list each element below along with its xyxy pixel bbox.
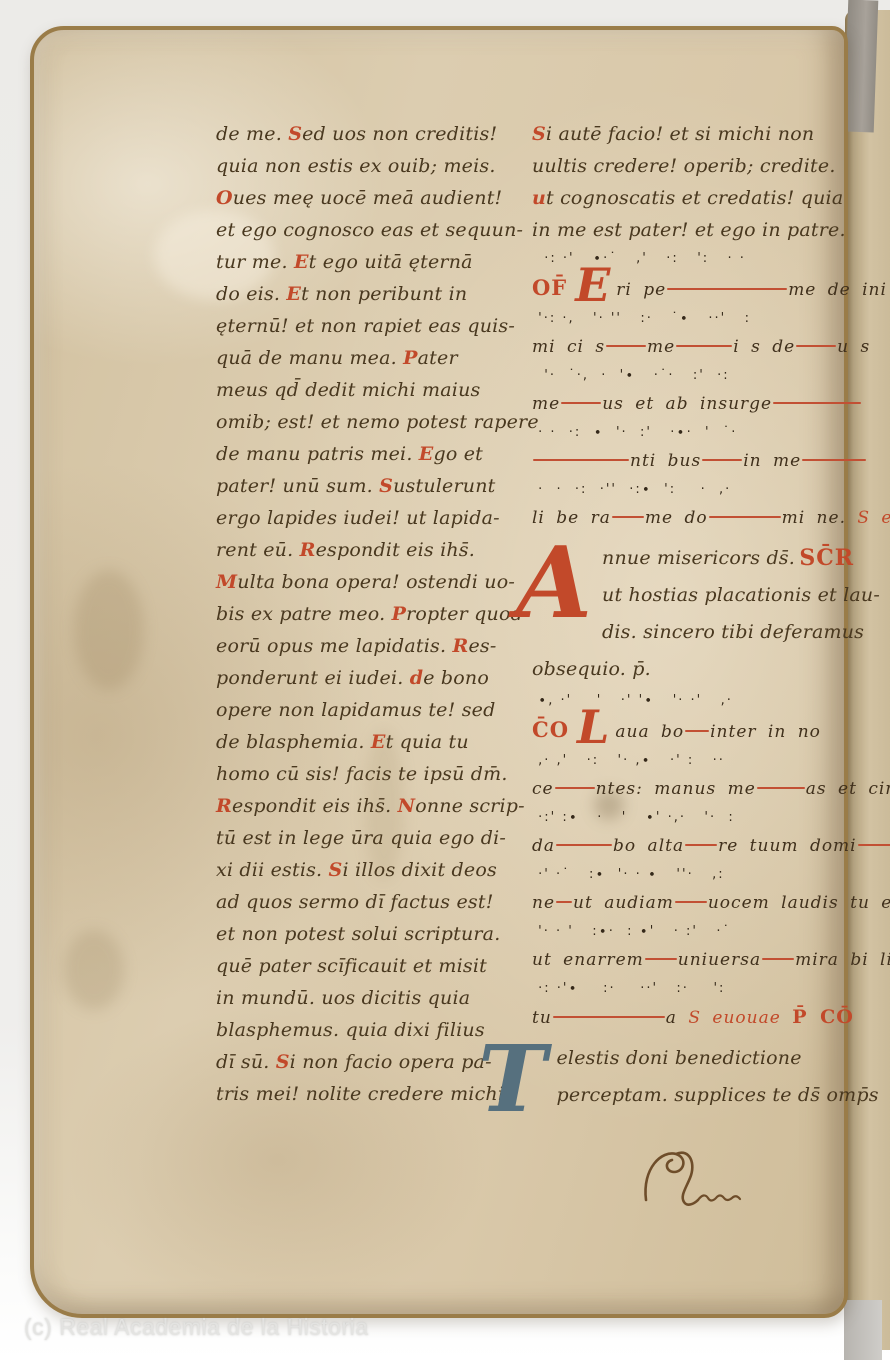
rubric-inline: P̄ CŌ <box>792 1006 854 1028</box>
neume-row: ·: ·'∙ :· ··' :· ': <box>532 976 854 1002</box>
chant-text-line: dabo altare tuum domi <box>532 831 854 862</box>
red-extender-line <box>606 345 646 347</box>
manuscript-page: de me. Sed uos non creditis!quia non est… <box>30 26 848 1318</box>
chant-text-line: C̄OLaua bointer in no <box>532 714 854 748</box>
red-extender-line <box>556 901 572 903</box>
red-extender-line <box>533 459 629 461</box>
prayer-block: Telestis doni benedictioneperceptam. sup… <box>532 1040 854 1114</box>
red-initial: R <box>216 795 232 817</box>
text-line: bis ex patre meo. Propter quod <box>216 598 531 630</box>
red-text: S euouae <box>688 1008 780 1028</box>
text-line: meus qd̄ dedit michi maius <box>216 374 531 406</box>
red-text: S euouae <box>857 508 890 528</box>
red-initial: P <box>403 347 418 369</box>
text-line: quia non estis ex ouib; meis. <box>216 150 531 182</box>
red-extender-line <box>612 516 644 518</box>
red-extender-line <box>709 516 781 518</box>
text-line: tur me. Et ego uitā ęternā <box>216 246 531 278</box>
red-extender-line <box>561 402 601 404</box>
neume-row: '·: ·, '· '' :· ˙∙ ··' : <box>532 306 854 332</box>
text-line: ponderunt ei iudei. de bono <box>216 662 531 694</box>
text-line: homo cū sis! facis te ipsū dm̄. <box>216 758 531 790</box>
text-line: Respondit eis ihs̄. Nonne scrip- <box>216 790 531 822</box>
red-extender-line <box>796 345 836 347</box>
text-line: de blasphemia. Et quia tu <box>216 726 531 758</box>
book-strap-bottom <box>844 1300 882 1360</box>
text-line: quā de manu mea. Pater <box>216 342 531 374</box>
text-line: de manu patris mei. Ego et <box>216 438 531 470</box>
red-initial: M <box>216 571 237 593</box>
text-line: de me. Sed uos non creditis! <box>216 118 531 150</box>
text-line: Oues meę uocē meā audient! <box>216 182 531 214</box>
red-extender-line <box>645 958 677 960</box>
chant-text-line: ut enarremuniuersamira bi lia <box>532 945 854 976</box>
neume-row: ·' ·˙ :∙ '· · ∙ ''· ,: <box>532 862 854 888</box>
parchment-stain <box>74 570 144 690</box>
red-initial: P <box>392 603 407 625</box>
chant-text-line: mi ci smei s deu s <box>532 332 854 363</box>
red-extender-line <box>685 730 709 732</box>
chant-rubric: OF̄ <box>532 275 567 300</box>
pen-flourish-mark <box>632 1138 752 1224</box>
chant-text-line: OF̄Eri peme de ini <box>532 272 854 306</box>
text-line: ergo lapides iudei! ut lapida- <box>216 502 531 534</box>
chant-text-line: nti busin me <box>532 446 854 477</box>
text-line: ut cognoscatis et credatis! quia <box>532 182 854 214</box>
red-initial: S <box>329 859 343 881</box>
text-line: rent eū. Respondit eis ihs̄. <box>216 534 531 566</box>
text-line: et ego cognosco eas et sequun- <box>216 214 531 246</box>
chant-text-line: li be rame domi ne. S euouae <box>532 503 854 534</box>
text-line: uultis credere! operib; credite. <box>532 150 854 182</box>
text-line: perceptam. supplices te ds̄ omp̄s <box>532 1077 854 1114</box>
red-extender-line <box>555 787 595 789</box>
parchment-stain <box>64 930 124 1010</box>
red-extender-line <box>702 459 742 461</box>
text-line: xi dii estis. Si illos dixit deos <box>216 854 531 886</box>
red-extender-line <box>762 958 794 960</box>
text-line: in me est pater! et ego in patre. <box>532 214 854 246</box>
text-line: ad quos sermo dı̄ factus est! <box>216 886 531 918</box>
book-strap-top <box>844 0 879 132</box>
red-initial: S <box>379 475 393 497</box>
photo-backdrop: de me. Sed uos non creditis!quia non est… <box>0 0 890 1360</box>
text-line: Si autē facio! et si michi non <box>532 118 854 150</box>
text-line: Multa bona opera! ostendi uo- <box>216 566 531 598</box>
neume-row: '· · ' :∙· : ∙' · :' ·˙ <box>532 919 854 945</box>
neume-row: ·:' :∙ · ' ∙' ·,· '· : <box>532 805 854 831</box>
red-extender-line <box>858 844 890 846</box>
red-initial: E <box>294 251 309 273</box>
prayer-block: ASC̄Rnnue misericors ds̄.ut hostias plac… <box>532 540 854 688</box>
text-line: obsequio. p̄. <box>532 651 854 688</box>
text-line: elestis doni benedictione <box>532 1040 854 1077</box>
copyright-watermark: (c) Real Academia de la Historia <box>24 1314 369 1341</box>
text-line: tū est in lege ūra quia ego di- <box>216 822 531 854</box>
red-extender-line <box>802 459 866 461</box>
text-line: pater! unū sum. Sustulerunt <box>216 470 531 502</box>
red-initial: S <box>276 1051 290 1073</box>
section-rubric: SC̄R <box>799 540 854 577</box>
drop-initial: A <box>516 546 592 622</box>
text-line: omib; est! et nemo potest rapere <box>216 406 531 438</box>
chant-text-line: centes: manus meas et circum <box>532 774 854 805</box>
red-initial: d <box>410 667 424 689</box>
neume-row: '· ˙·, · '∙ ·˙· :' ·: <box>532 363 854 389</box>
chant-text-line: tua S euouae P̄ CŌ <box>532 1002 854 1034</box>
red-initial: E <box>371 731 386 753</box>
text-line: do eis. Et non peribunt in <box>216 278 531 310</box>
red-initial: R <box>300 539 316 561</box>
red-initial: u <box>532 187 546 209</box>
red-extender-line <box>676 345 732 347</box>
neume-row: · · ·: ·'' ·:∙ ': · ,· <box>532 477 854 503</box>
neume-row: · · ·: ∙ '· :' ·∙· ' ˙· <box>532 420 854 446</box>
drop-initial: T <box>478 1044 546 1116</box>
chant-text-line: neut audiamuocem laudis tu e <box>532 888 854 919</box>
red-extender-line <box>553 1016 665 1018</box>
left-text-column: de me. Sed uos non creditis!quia non est… <box>216 118 531 1110</box>
chant-large-initial: L <box>577 700 610 754</box>
red-extender-line <box>757 787 805 789</box>
chant-rubric: C̄O <box>532 717 569 742</box>
red-initial: E <box>419 443 434 465</box>
red-initial: E <box>286 283 301 305</box>
neume-row: ,· ,' ·: '· ,∙ ·' : ·· <box>532 748 854 774</box>
red-extender-line <box>667 288 787 290</box>
red-initial: R <box>452 635 468 657</box>
red-initial: O <box>216 187 233 209</box>
chant-large-initial: E <box>575 258 611 312</box>
text-line: eorū opus me lapidatis. Res- <box>216 630 531 662</box>
red-initial: S <box>532 123 546 145</box>
red-initial: N <box>398 795 416 817</box>
text-line: quē pater scı̄ficauit et misit <box>216 950 531 982</box>
text-line: in mundū. uos dicitis quia <box>216 982 531 1014</box>
red-extender-line <box>685 844 717 846</box>
red-initial: S <box>288 123 302 145</box>
right-text-column: Si autē facio! et si michi nonuultis cre… <box>532 118 854 1116</box>
red-extender-line <box>556 844 612 846</box>
red-extender-line <box>773 402 861 404</box>
text-line: opere non lapidamus te! sed <box>216 694 531 726</box>
text-line: ęternū! et non rapiet eas quis- <box>216 310 531 342</box>
text-line: et non potest solui scriptura. <box>216 918 531 950</box>
chant-text-line: meus et ab insurge <box>532 389 854 420</box>
red-extender-line <box>675 901 707 903</box>
